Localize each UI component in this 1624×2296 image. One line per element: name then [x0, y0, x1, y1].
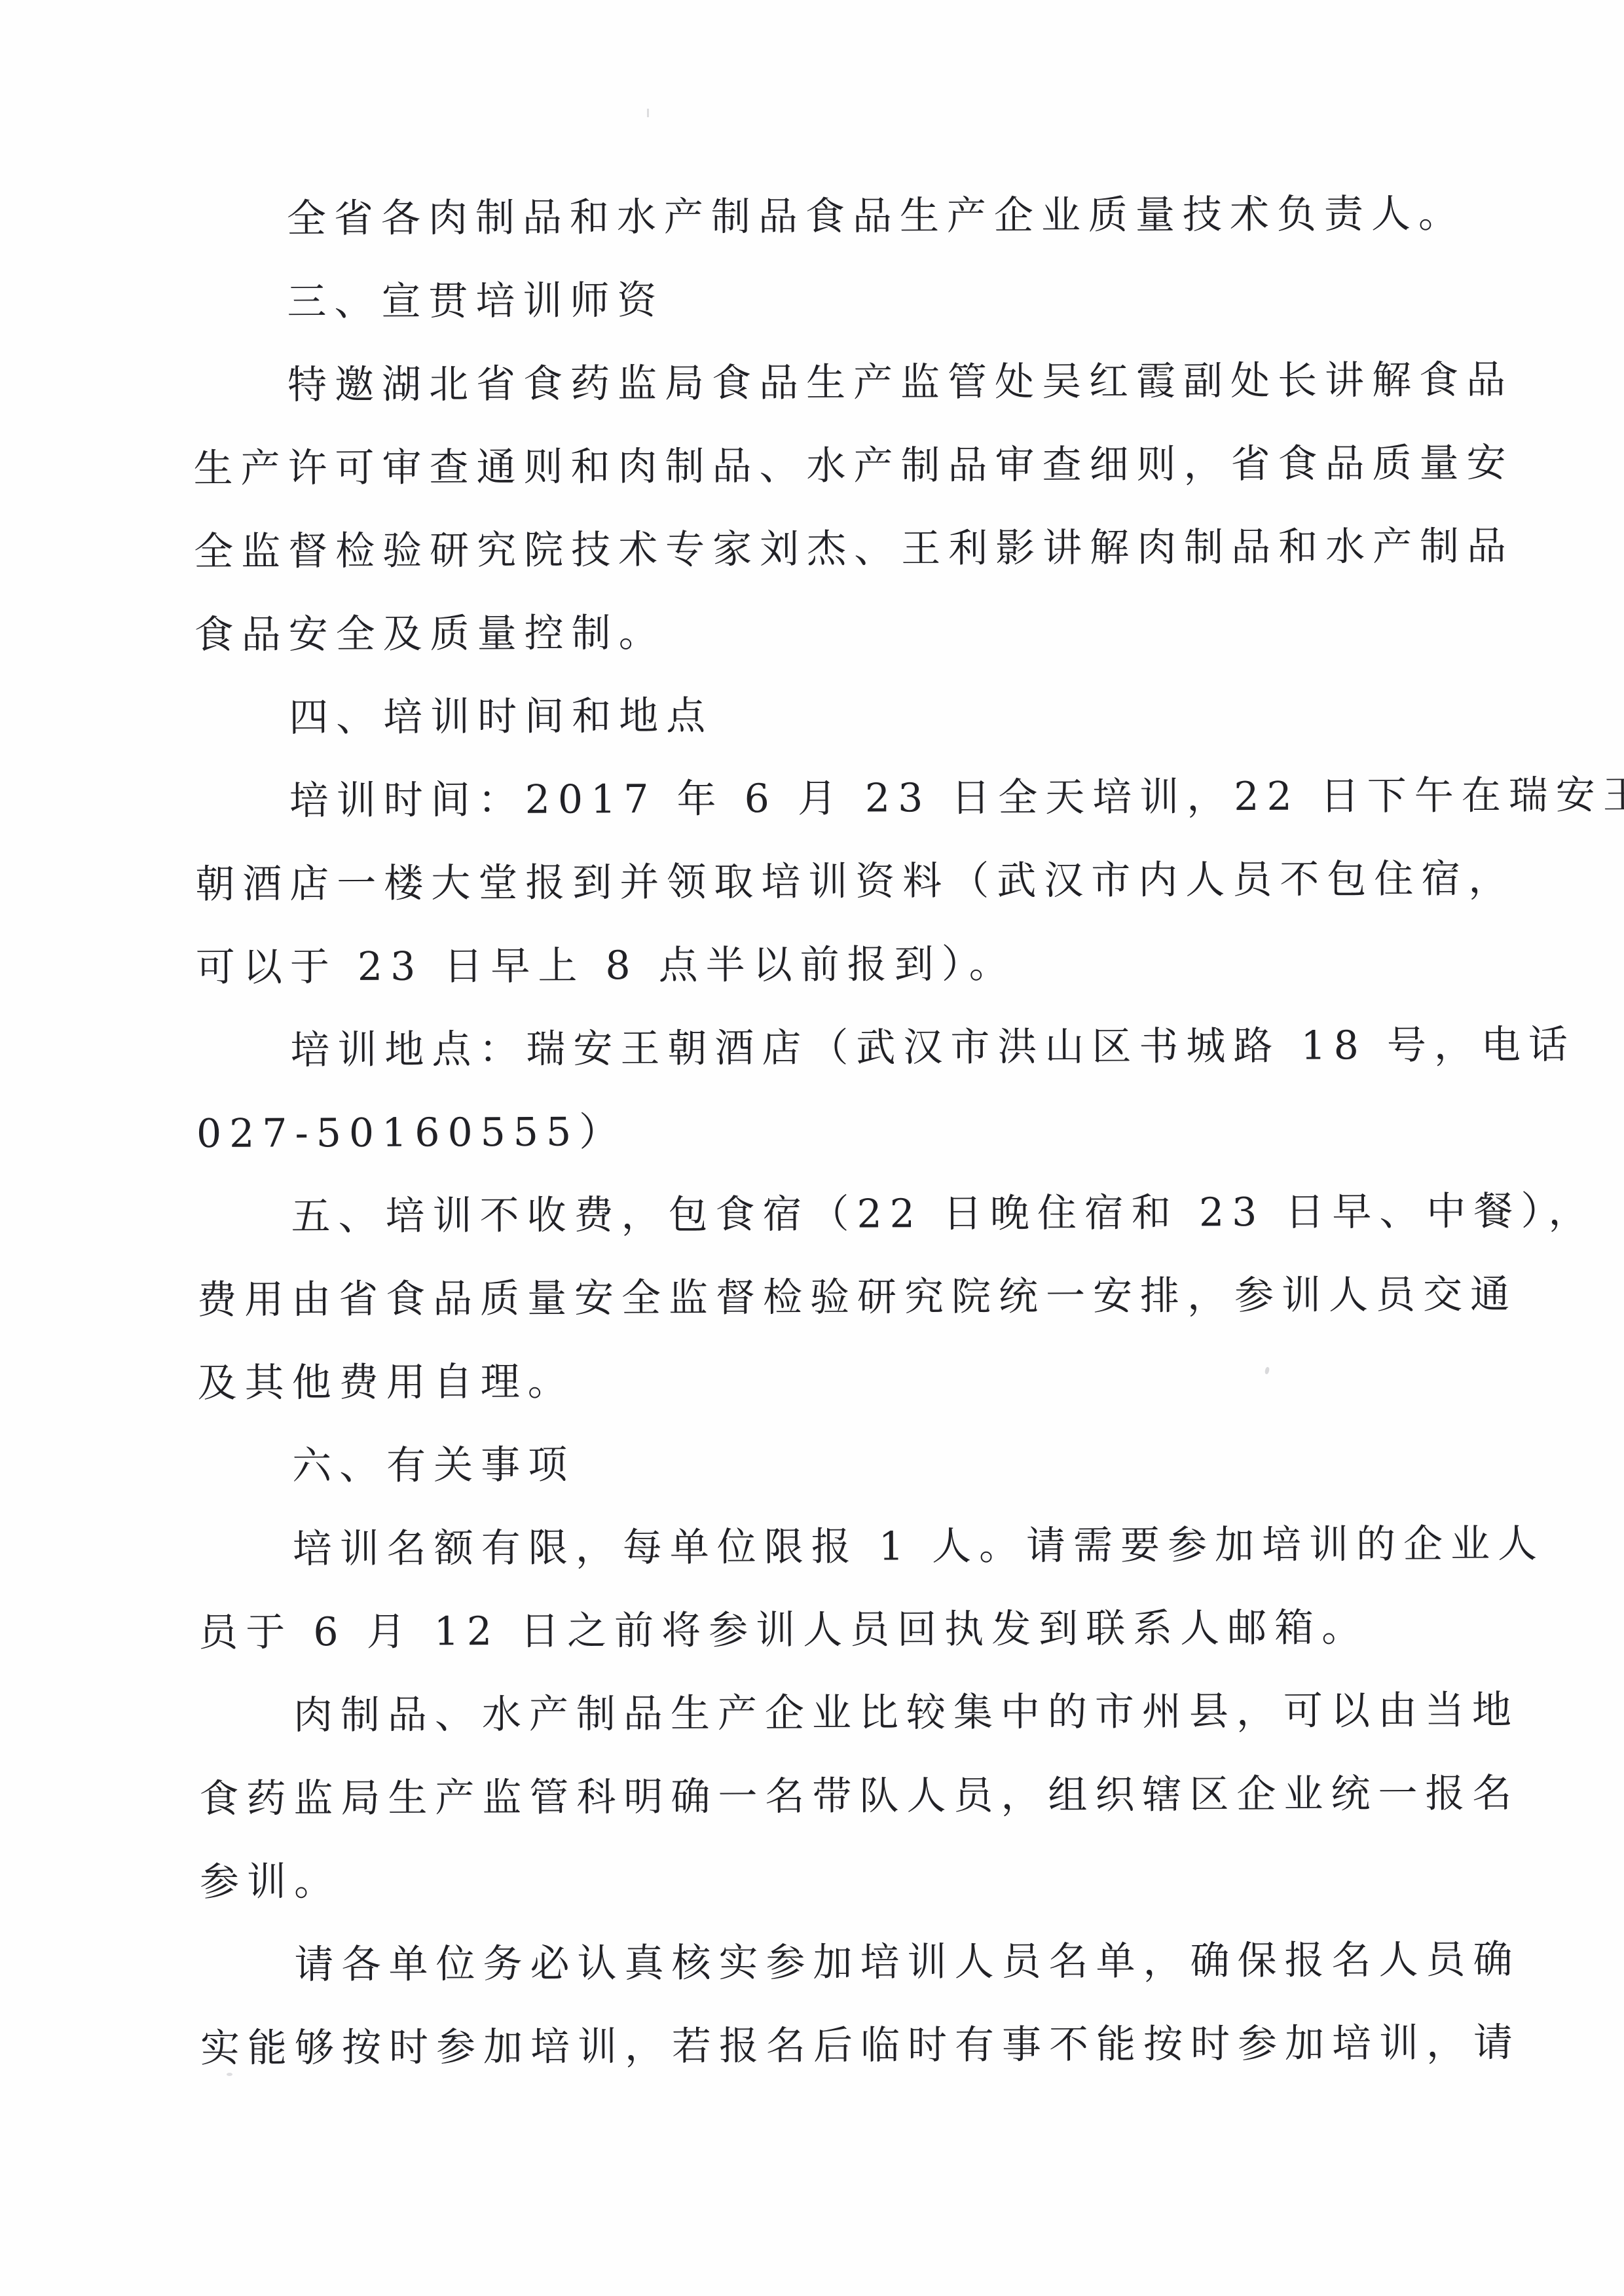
line-s4-time-2: 朝酒店一楼大堂报到并领取培训资料（武汉市内人员不包住宿，: [195, 837, 1545, 926]
line-s6-quota-2: 员于 6 月 12 日之前将参训人员回执发到联系人邮箱。: [198, 1586, 1548, 1675]
line-s5-fees-3: 及其他费用自理。: [197, 1336, 1547, 1425]
line-s4-time-3: 可以于 23 日早上 8 点半以前报到）。: [196, 920, 1545, 1010]
heading-section-4: 四、培训时间和地点: [194, 671, 1544, 760]
line-s4-location-1: 培训地点：瑞安王朝酒店（武汉市洪山区书城路 18 号，电话: [196, 1004, 1545, 1093]
line-s6-confirm-1: 请各单位务必认真核实参加培训人员名单，确保报名人员确: [200, 1918, 1549, 2007]
line-s3-trainers-2: 生产许可审查通则和肉制品、水产制品审查细则，省食品质量安: [193, 422, 1543, 511]
line-s6-group-1: 肉制品、水产制品生产企业比较集中的市州县，可以由当地: [199, 1669, 1549, 1758]
line-training-attendees: 全省各肉制品和水产制品食品生产企业质量技术负责人。: [193, 172, 1542, 261]
heading-section-6: 六、有关事项: [198, 1419, 1547, 1508]
line-s6-group-2: 食药监局生产监管科明确一名带队人员，组织辖区企业统一报名: [199, 1752, 1549, 1841]
scanned-document-page: 全省各肉制品和水产制品食品生产企业质量技术负责人。 三、宣贯培训师资 特邀湖北省…: [0, 0, 1624, 2296]
scan-speck: [647, 109, 649, 117]
line-s4-location-phone: 027-50160555）: [196, 1087, 1546, 1176]
line-s6-group-3: 参训。: [200, 1835, 1549, 1924]
line-s3-trainers-4: 食品安全及质量控制。: [194, 588, 1543, 677]
line-s5-fees-1: 五、培训不收费，包食宿（22 日晚住宿和 23 日早、中餐），: [196, 1170, 1546, 1259]
line-s5-fees-2: 费用由省食品质量安全监督检验研究院统一安排，参训人员交通: [197, 1253, 1547, 1342]
line-s3-trainers-3: 全监督检验研究院技术专家刘杰、王利影讲解肉制品和水产制品: [194, 505, 1543, 594]
line-s6-quota-1: 培训名额有限，每单位限报 1 人。请需要参加培训的企业人: [198, 1503, 1547, 1592]
heading-section-3: 三、宣贯培训师资: [193, 255, 1542, 344]
notice-body-text: 全省各肉制品和水产制品食品生产企业质量技术负责人。 三、宣贯培训师资 特邀湖北省…: [193, 172, 1550, 2090]
line-s4-time-1: 培训时间：2017 年 6 月 23 日全天培训，22 日下午在瑞安王: [195, 754, 1545, 843]
line-s6-confirm-2: 实能够按时参加培训，若报名后临时有事不能按时参加培训，请: [200, 2001, 1550, 2090]
scan-speck: [227, 2073, 232, 2076]
line-s3-trainers-1: 特邀湖北省食药监局食品生产监管处吴红霞副处长讲解食品: [193, 338, 1543, 428]
